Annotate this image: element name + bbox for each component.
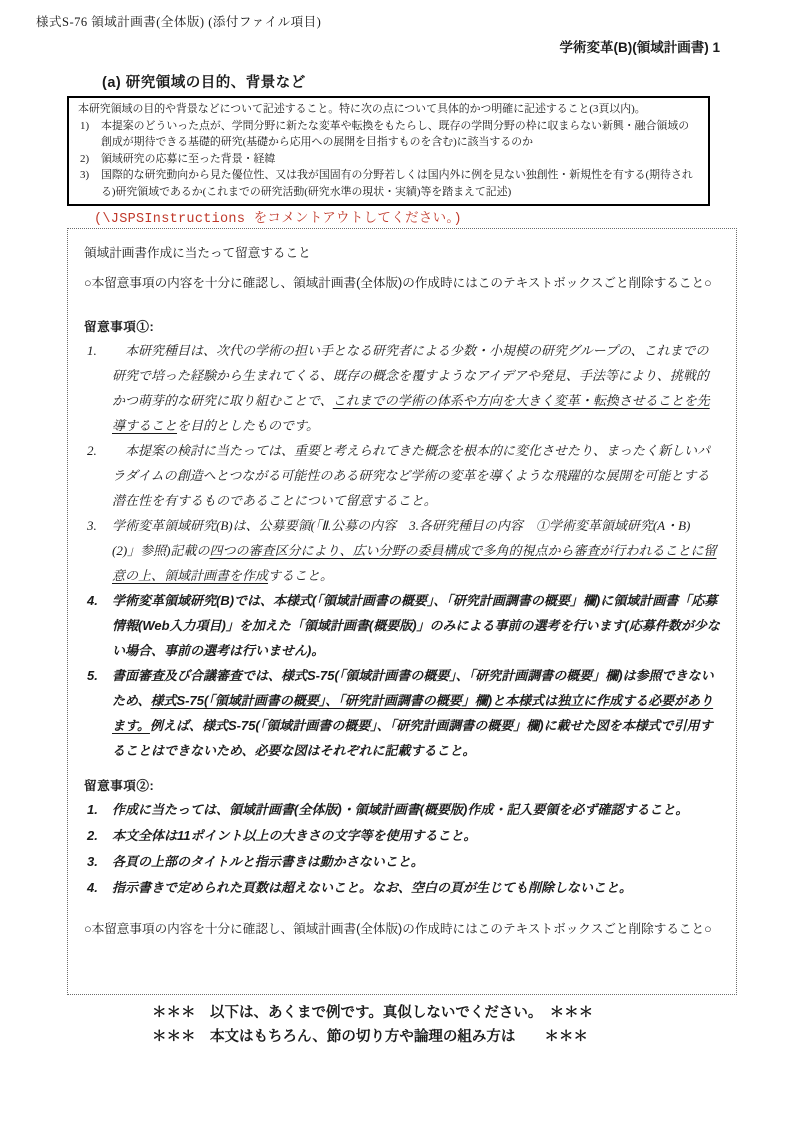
- notice-textbox: 領域計画書作成に当たって留意すること ○本留意事項の内容を十分に確認し、領域計画…: [67, 228, 737, 995]
- item-number: 1.: [87, 797, 98, 823]
- notice-section1-label: 留意事項①:: [84, 316, 720, 335]
- notice2-item-2: 2.本文全体は11ポイント以上の大きさの文字等を使用すること。: [84, 823, 720, 849]
- notice1-item-3: 3.学術変革領域研究(B)は、公募要領(「Ⅱ.公募の内容 3.各研究種目の内容 …: [84, 513, 720, 588]
- notice1-item-1: 1. 本研究種目は、次代の学術の担い手となる研究者による少数・小規模の研究グルー…: [84, 338, 720, 438]
- document-page: 様式S-76 領域計画書(全体版) (添付ファイル項目) 学術変革(B)(領域計…: [0, 0, 794, 1123]
- item-text: 本文全体は11ポイント以上の大きさの文字等を使用すること。: [112, 828, 477, 843]
- item-text-post: 例えば、様式S-75(「領域計画書の概要」、「研究計画調書の概要」欄)に載せた図…: [112, 718, 713, 758]
- form-number-header: 様式S-76 領域計画書(全体版) (添付ファイル項目): [36, 12, 321, 30]
- instruction-item: 1) 本提案のどういった点が、学問分野に新たな変革や転換をもたらし、既存の学問分…: [78, 118, 699, 151]
- notice-section2-list: 1.作成に当たっては、領域計画書(全体版)・領域計画書(概要版)作成・記入要領を…: [84, 797, 720, 901]
- item-text: 作成に当たっては、領域計画書(全体版)・領域計画書(概要版)作成・記入要領を必ず…: [112, 802, 688, 817]
- item-number: 3.: [87, 513, 97, 538]
- item-text-post: すること。: [268, 568, 333, 583]
- instruction-box: 本研究領域の目的や背景などについて記述すること。特に次の点について具体的かつ明確…: [67, 96, 710, 206]
- notice-title: 領域計画書作成に当たって留意すること: [84, 242, 720, 261]
- example-disclaimer-line1: ＊＊＊ 以下は、あくまで例です。真似しないでください。 ＊＊＊: [152, 1001, 593, 1025]
- item-number: 4.: [87, 588, 98, 613]
- instruction-item-text: 本提案のどういった点が、学問分野に新たな変革や転換をもたらし、既存の学問分野の枠…: [101, 120, 689, 149]
- notice-section2-label: 留意事項②:: [84, 775, 720, 794]
- item-text: 本提案の検討に当たっては、重要と考えられてきた概念を根本的に変化させたり、まった…: [112, 443, 710, 508]
- instruction-item-text: 領域研究の応募に至った背景・経緯: [101, 153, 275, 165]
- notice1-item-4: 4.学術変革領域研究(B)では、本様式(「領域計画書の概要」、「研究計画調書の概…: [84, 588, 720, 663]
- example-disclaimer-line2: ＊＊＊ 本文はもちろん、節の切り方や論理の組み方は ＊＊＊: [152, 1025, 593, 1049]
- page-header-right: 学術変革(B)(領域計画書) 1: [560, 36, 721, 56]
- example-disclaimer: ＊＊＊ 以下は、あくまで例です。真似しないでください。 ＊＊＊ ＊＊＊ 本文はも…: [152, 1001, 593, 1049]
- delete-note-top: ○本留意事項の内容を十分に確認し、領域計画書(全体版)の作成時にはこのテキストボ…: [84, 272, 720, 291]
- notice2-item-4: 4.指示書きで定められた頁数は超えないこと。なお、空白の頁が生じても削除しないこ…: [84, 875, 720, 901]
- instruction-item: 3) 国際的な研究動向から見た優位性、又は我が国固有の分野若しくは国内外に例を見…: [78, 167, 699, 200]
- item-number: 4.: [87, 875, 98, 901]
- item-text: 学術変革領域研究(B)では、本様式(「領域計画書の概要」、「研究計画調書の概要」…: [112, 593, 720, 658]
- item-text: 各頁の上部のタイトルと指示書きは動かさないこと。: [112, 854, 424, 869]
- notice-section1-list: 1. 本研究種目は、次代の学術の担い手となる研究者による少数・小規模の研究グルー…: [84, 338, 720, 763]
- notice2-item-1: 1.作成に当たっては、領域計画書(全体版)・領域計画書(概要版)作成・記入要領を…: [84, 797, 720, 823]
- notice1-item-5: 5.書面審査及び合議審査では、様式S-75(「領域計画書の概要」、「研究計画調書…: [84, 663, 720, 763]
- instruction-item-number: 1): [80, 118, 89, 135]
- section-a-heading: (a) 研究領域の目的、背景など: [102, 71, 306, 92]
- instruction-item-number: 2): [80, 151, 89, 168]
- instruction-item: 2) 領域研究の応募に至った背景・経緯: [78, 151, 699, 168]
- instruction-intro: 本研究領域の目的や背景などについて記述すること。特に次の点について具体的かつ明確…: [78, 101, 699, 118]
- jsps-comment-note: (\JSPSInstructions をコメントアウトしてください。): [94, 206, 462, 227]
- item-number: 3.: [87, 849, 98, 875]
- item-number: 5.: [87, 663, 98, 688]
- delete-note-bottom: ○本留意事項の内容を十分に確認し、領域計画書(全体版)の作成時にはこのテキストボ…: [84, 918, 720, 937]
- item-number: 1.: [87, 338, 97, 363]
- item-text-post: を目的としたものです。: [177, 418, 319, 433]
- instruction-item-number: 3): [80, 167, 89, 184]
- item-number: 2.: [87, 438, 97, 463]
- notice2-item-3: 3.各頁の上部のタイトルと指示書きは動かさないこと。: [84, 849, 720, 875]
- notice1-item-2: 2. 本提案の検討に当たっては、重要と考えられてきた概念を根本的に変化させたり、…: [84, 438, 720, 513]
- item-number: 2.: [87, 823, 98, 849]
- instruction-item-text: 国際的な研究動向から見た優位性、又は我が国固有の分野若しくは国内外に例を見ない独…: [101, 169, 693, 198]
- item-text: 指示書きで定められた頁数は超えないこと。なお、空白の頁が生じても削除しないこと。: [112, 880, 632, 895]
